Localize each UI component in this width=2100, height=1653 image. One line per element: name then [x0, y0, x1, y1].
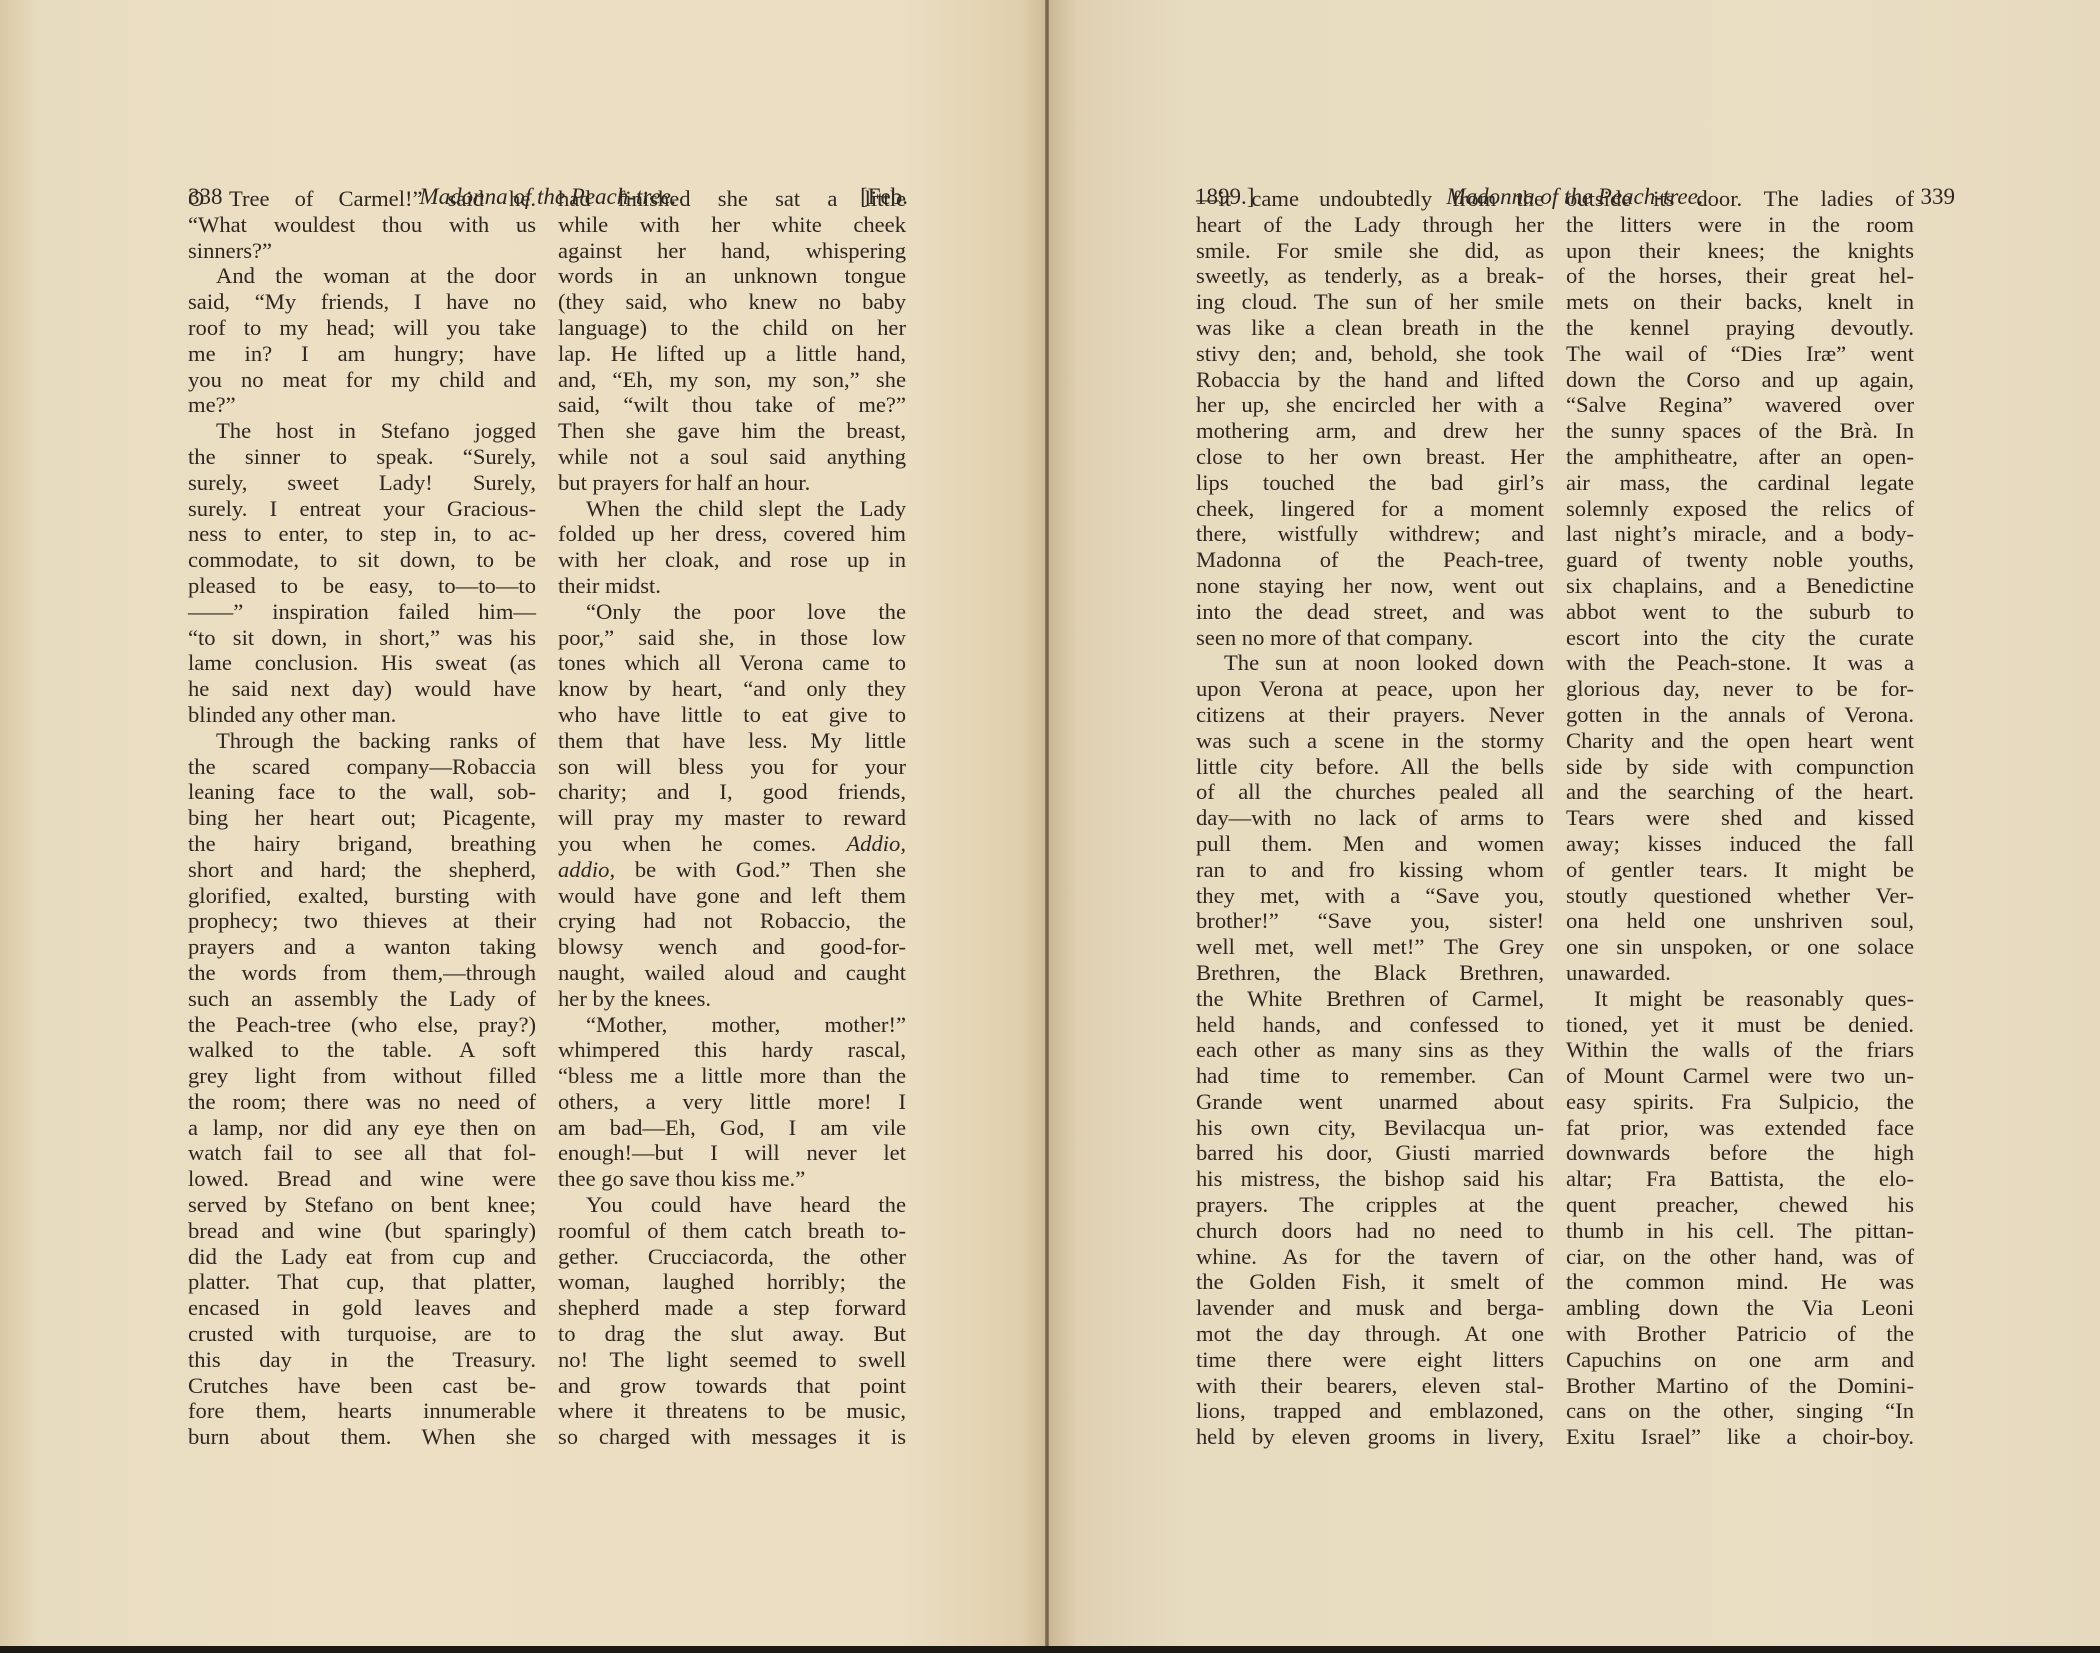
text-line: lowed. Bread and wine were [188, 1166, 536, 1192]
text-line: smile. For smile she did, as [1196, 238, 1544, 264]
text-line: leaning face to the wall, sob- [188, 779, 536, 805]
text-line: Within the walls of the friars [1566, 1037, 1914, 1063]
text-line: bing her heart out; Picagente, [188, 805, 536, 831]
text-line: the kennel praying devoutly. [1566, 315, 1914, 341]
text-line: the common mind. He was [1566, 1269, 1914, 1295]
text-line: and, “Eh, my son, my son,” she [558, 367, 906, 393]
text-line: none staying her now, went out [1196, 573, 1544, 599]
text-line: And the woman at the door [188, 263, 536, 289]
text-line: cans on the other, singing “In [1566, 1398, 1914, 1424]
text-line: ciar, on the other hand, was of [1566, 1244, 1914, 1270]
text-line: Brethren, the Black Brethren, [1196, 960, 1544, 986]
text-line: said, “wilt thou take of me?” [558, 392, 906, 418]
text-line: commodate, to sit down, to be [188, 547, 536, 573]
text-line: mothering arm, and drew her [1196, 418, 1544, 444]
text-line: poor,” said she, in those low [558, 625, 906, 651]
text-line: thumb in his cell. The pittan- [1566, 1218, 1914, 1244]
text-line: said, “My friends, I have no [188, 289, 536, 315]
text-line: citizens at their prayers. Never [1196, 702, 1544, 728]
text-line: sinners?” [188, 238, 536, 264]
text-line: grey light from without filled [188, 1063, 536, 1089]
text-line: words in an unknown tongue [558, 263, 906, 289]
text-line: was such a scene in the stormy [1196, 728, 1544, 754]
text-line: addio, be with God.” Then she [558, 857, 906, 883]
text-line: “Only the poor love the [558, 599, 906, 625]
text-line: well met, well met!” The Grey [1196, 934, 1544, 960]
page-number: 339 [1921, 180, 1956, 214]
text-line: tones which all Verona came to [558, 650, 906, 676]
text-line: am bad—Eh, God, I am vile [558, 1115, 906, 1141]
text-line: altar; Fra Battista, the elo- [1566, 1166, 1914, 1192]
text-line: Madonna of the Peach-tree, [1196, 547, 1544, 573]
text-line: held by eleven grooms in livery, [1196, 1424, 1544, 1450]
text-line: of the horses, their great hel- [1566, 263, 1914, 289]
text-column: —it came undoubtedly from theheart of th… [1196, 186, 1544, 1450]
text-line: the Peach-tree (who else, pray?) [188, 1012, 536, 1038]
text-line: sweetly, as tenderly, as a break- [1196, 263, 1544, 289]
text-line: glorified, exalted, bursting with [188, 883, 536, 909]
text-line: blinded any other man. [188, 702, 536, 728]
text-line: Crutches have been cast be- [188, 1373, 536, 1399]
text-line: to drag the slut away. But [558, 1321, 906, 1347]
text-line: the sunny spaces of the Brà. In [1566, 418, 1914, 444]
text-line: roomful of them catch breath to- [558, 1218, 906, 1244]
text-line: walked to the table. A soft [188, 1037, 536, 1063]
text-line: of all the churches pealed all [1196, 779, 1544, 805]
text-line: they met, with a “Save you, [1196, 883, 1544, 909]
text-line: prayers and a wanton taking [188, 934, 536, 960]
text-line: where it threatens to be music, [558, 1398, 906, 1424]
text-line: easy spirits. Fra Sulpicio, the [1566, 1089, 1914, 1115]
text-line: Capuchins on one arm and [1566, 1347, 1914, 1373]
text-line: lap. He lifted up a little hand, [558, 341, 906, 367]
text-line: charity; and I, good friends, [558, 779, 906, 805]
text-line: air mass, the cardinal legate [1566, 470, 1914, 496]
text-line: encased in gold leaves and [188, 1295, 536, 1321]
text-line: ran to and fro kissing whom [1196, 857, 1544, 883]
text-line: guard of twenty noble youths, [1566, 547, 1914, 573]
text-line: downwards before the high [1566, 1140, 1914, 1166]
text-line: whimpered this hardy rascal, [558, 1037, 906, 1063]
text-line: with her cloak, and rose up in [558, 547, 906, 573]
text-line: who have little to eat give to [558, 702, 906, 728]
text-line: son will bless you for your [558, 754, 906, 780]
text-line: so charged with messages it is [558, 1424, 906, 1450]
text-line: the words from them,—through [188, 960, 536, 986]
text-line: —it came undoubtedly from the [1196, 186, 1544, 212]
text-line: “What wouldest thou with us [188, 212, 536, 238]
text-line: mets on their backs, knelt in [1566, 289, 1914, 315]
text-line: close to her own breast. Her [1196, 444, 1544, 470]
text-line: glorious day, never to be for- [1566, 676, 1914, 702]
left-page: 338 Madonna of the Peach-tree. [Feb. O T… [0, 0, 1048, 1646]
text-line: The sun at noon looked down [1196, 650, 1544, 676]
text-line: with their bearers, eleven stal- [1196, 1373, 1544, 1399]
text-line: the sinner to speak. “Surely, [188, 444, 536, 470]
text-line: their midst. [558, 573, 906, 599]
text-line: a lamp, nor did any eye then on [188, 1115, 536, 1141]
text-line: When the child slept the Lady [558, 496, 906, 522]
text-line: into the dead street, and was [1196, 599, 1544, 625]
text-line: the room; there was no need of [188, 1089, 536, 1115]
text-line: the Golden Fish, it smelt of [1196, 1269, 1544, 1295]
text-line: you when he comes. Addio, [558, 831, 906, 857]
text-line: brother!” “Save you, sister! [1196, 908, 1544, 934]
text-line: O Tree of Carmel!” said he. [188, 186, 536, 212]
text-line: seen no more of that company. [1196, 625, 1544, 651]
text-line: enough!—but I will never let [558, 1140, 906, 1166]
text-line: held hands, and confessed to [1196, 1012, 1544, 1038]
text-line: cheek, lingered for a moment [1196, 496, 1544, 522]
text-line: the amphitheatre, after an open- [1566, 444, 1914, 470]
text-line: The wail of “Dies Iræ” went [1566, 341, 1914, 367]
text-line: upon their knees; the knights [1566, 238, 1914, 264]
book-gutter [1045, 0, 1049, 1646]
text-line: me?” [188, 392, 536, 418]
text-line: he said next day) would have [188, 676, 536, 702]
text-line: church doors had no need to [1196, 1218, 1544, 1244]
text-line: gotten in the annals of Verona. [1566, 702, 1914, 728]
text-line: stoutly questioned whether Ver- [1566, 883, 1914, 909]
text-line: thee go save thou kiss me.” [558, 1166, 906, 1192]
text-line: his mistress, the bishop said his [1196, 1166, 1544, 1192]
text-line: her by the knees. [558, 986, 906, 1012]
text-line: bread and wine (but sparingly) [188, 1218, 536, 1244]
text-line: ing cloud. The sun of her smile [1196, 289, 1544, 315]
text-line: platter. That cup, that platter, [188, 1269, 536, 1295]
text-line: others, a very little more! I [558, 1089, 906, 1115]
text-line: lame conclusion. His sweat (as [188, 650, 536, 676]
text-line: mot the day through. At one [1196, 1321, 1544, 1347]
text-line: burn about them. When she [188, 1424, 536, 1450]
text-line: lavender and musk and berga- [1196, 1295, 1544, 1321]
text-line: while with her white cheek [558, 212, 906, 238]
text-line: surely, sweet Lady! Surely, [188, 470, 536, 496]
text-line: while not a soul said anything [558, 444, 906, 470]
text-line: crying had not Robaccio, the [558, 908, 906, 934]
text-line: one sin unspoken, or one solace [1566, 934, 1914, 960]
text-line: The host in Stefano jogged [188, 418, 536, 444]
text-line: upon Verona at peace, upon her [1196, 676, 1544, 702]
text-line: ambling down the Via Leoni [1566, 1295, 1914, 1321]
text-line: escort into the city the curate [1566, 625, 1914, 651]
text-line: his own city, Bevilacqua un- [1196, 1115, 1544, 1141]
text-line: fat prior, was extended face [1566, 1115, 1914, 1141]
text-line: would have gone and left them [558, 883, 906, 909]
text-line: Through the backing ranks of [188, 728, 536, 754]
book-spread: 338 Madonna of the Peach-tree. [Feb. O T… [0, 0, 2100, 1646]
text-line: prayers. The cripples at the [1196, 1192, 1544, 1218]
text-line: outside its door. The ladies of [1566, 186, 1914, 212]
text-line: know by heart, “and only they [558, 676, 906, 702]
text-line: heart of the Lady through her [1196, 212, 1544, 238]
text-line: will pray my master to reward [558, 805, 906, 831]
text-line: ——” inspiration failed him— [188, 599, 536, 625]
text-line: Tears were shed and kissed [1566, 805, 1914, 831]
text-line: pull them. Men and women [1196, 831, 1544, 857]
text-line: with the Peach-stone. It was a [1566, 650, 1914, 676]
text-line: them that have less. My little [558, 728, 906, 754]
text-line: served by Stefano on bent knee; [188, 1192, 536, 1218]
text-line: Robaccia by the hand and lifted [1196, 367, 1544, 393]
text-line: day—with no lack of arms to [1196, 805, 1544, 831]
text-line: woman, laughed horribly; the [558, 1269, 906, 1295]
text-line: (they said, who knew no baby [558, 289, 906, 315]
text-line: no! The light seemed to swell [558, 1347, 906, 1373]
text-line: her up, she encircled her with a [1196, 392, 1544, 418]
text-line: Then she gave him the breast, [558, 418, 906, 444]
text-line: Grande went unarmed about [1196, 1089, 1544, 1115]
right-page: 1899.] Madonna of the Peach-tree. 339 —i… [1048, 0, 2100, 1646]
text-line: and grow towards that point [558, 1373, 906, 1399]
text-line: had finished she sat a little [558, 186, 906, 212]
text-line: abbot went to the suburb to [1566, 599, 1914, 625]
text-line: lions, trapped and emblazoned, [1196, 1398, 1544, 1424]
text-line: down the Corso and up again, [1566, 367, 1914, 393]
text-line: time there were eight litters [1196, 1347, 1544, 1373]
text-line: naught, wailed aloud and caught [558, 960, 906, 986]
text-line: folded up her dress, covered him [558, 521, 906, 547]
text-line: “Salve Regina” wavered over [1566, 392, 1914, 418]
text-line: fore them, hearts innumerable [188, 1398, 536, 1424]
text-line: pleased to be easy, to—to—to [188, 573, 536, 599]
text-line: there, wistfully withdrew; and [1196, 521, 1544, 547]
text-line: stivy den; and, behold, she took [1196, 341, 1544, 367]
text-line: with Brother Patricio of the [1566, 1321, 1914, 1347]
text-line: short and hard; the shepherd, [188, 857, 536, 883]
text-line: last night’s miracle, and a body- [1566, 521, 1914, 547]
text-line: blowsy wench and good-for- [558, 934, 906, 960]
text-line: shepherd made a step forward [558, 1295, 906, 1321]
text-line: against her hand, whispering [558, 238, 906, 264]
text-line: watch fail to see all that fol- [188, 1140, 536, 1166]
text-line: me in? I am hungry; have [188, 341, 536, 367]
text-line: crusted with turquoise, are to [188, 1321, 536, 1347]
text-column: O Tree of Carmel!” said he.“What wouldes… [188, 186, 536, 1450]
text-line: “to sit down, in short,” was his [188, 625, 536, 651]
text-line: lips touched the bad girl’s [1196, 470, 1544, 496]
text-line: side by side with compunction [1566, 754, 1914, 780]
text-line: but prayers for half an hour. [558, 470, 906, 496]
text-line: the White Brethren of Carmel, [1196, 986, 1544, 1012]
text-line: Charity and the open heart went [1566, 728, 1914, 754]
text-line: was like a clean breath in the [1196, 315, 1544, 341]
text-line: You could have heard the [558, 1192, 906, 1218]
text-line: six chaplains, and a Benedictine [1566, 573, 1914, 599]
text-line: surely. I entreat your Gracious- [188, 496, 536, 522]
text-line: tioned, yet it must be denied. [1566, 1012, 1914, 1038]
text-line: each other as many sins as they [1196, 1037, 1544, 1063]
text-line: Brother Martino of the Domini- [1566, 1373, 1914, 1399]
text-line: prophecy; two thieves at their [188, 908, 536, 934]
text-line: away; kisses induced the fall [1566, 831, 1914, 857]
text-line: gether. Crucciacorda, the other [558, 1244, 906, 1270]
text-line: “Mother, mother, mother!” [558, 1012, 906, 1038]
text-line: you no meat for my child and [188, 367, 536, 393]
text-line: It might be reasonably ques- [1566, 986, 1914, 1012]
text-line: of Mount Carmel were two un- [1566, 1063, 1914, 1089]
text-line: whine. As for the tavern of [1196, 1244, 1544, 1270]
text-line: the hairy brigand, breathing [188, 831, 536, 857]
text-line: language) to the child on her [558, 315, 906, 341]
text-line: quent preacher, chewed his [1566, 1192, 1914, 1218]
text-line: this day in the Treasury. [188, 1347, 536, 1373]
scan-bottom-edge [0, 1646, 2100, 1653]
text-line: barred his door, Giusti married [1196, 1140, 1544, 1166]
text-line: “bless me a little more than the [558, 1063, 906, 1089]
text-line: solemnly exposed the relics of [1566, 496, 1914, 522]
text-line: the scared company—Robaccia [188, 754, 536, 780]
text-line: roof to my head; will you take [188, 315, 536, 341]
text-line: had time to remember. Can [1196, 1063, 1544, 1089]
text-line: little city before. All the bells [1196, 754, 1544, 780]
text-column: had finished she sat a littlewhile with … [558, 186, 906, 1450]
text-line: of gentler tears. It might be [1566, 857, 1914, 883]
text-line: did the Lady eat from cup and [188, 1244, 536, 1270]
text-line: such an assembly the Lady of [188, 986, 536, 1012]
text-line: ness to enter, to step in, to ac- [188, 521, 536, 547]
text-line: and the searching of the heart. [1566, 779, 1914, 805]
text-line: unawarded. [1566, 960, 1914, 986]
text-line: ona held one unshriven soul, [1566, 908, 1914, 934]
text-line: Exitu Israel” like a choir-boy. [1566, 1424, 1914, 1450]
text-column: outside its door. The ladies ofthe litte… [1566, 186, 1914, 1450]
text-line: the litters were in the room [1566, 212, 1914, 238]
